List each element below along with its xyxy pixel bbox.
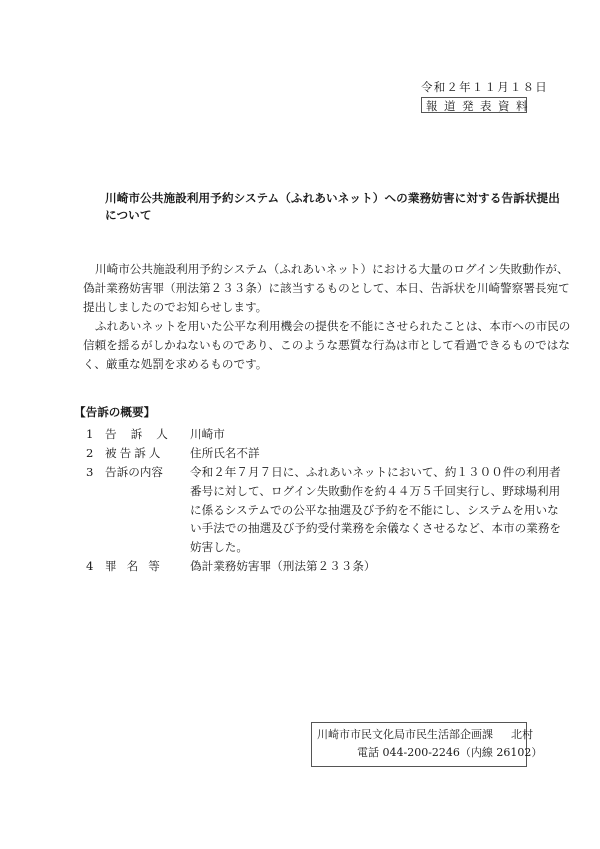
item-value: 妨害した。 bbox=[190, 538, 248, 557]
item-label: 告訴人 bbox=[105, 425, 182, 444]
press-release-label: 報道発表資料 bbox=[421, 97, 527, 113]
body-line: く、厳重な処罰を求めるものです。 bbox=[83, 355, 531, 374]
body-line: 提出しましたのでお知らせします。 bbox=[83, 298, 531, 317]
item-label: 告訴の内容 bbox=[105, 463, 163, 482]
item-value: い手法での抽選及び予約受付業務を余儀なくさせるなど、本市の業務を bbox=[190, 519, 561, 538]
title-line-2: について bbox=[105, 207, 560, 224]
body-line: ふれあいネットを用いた公平な利用機会の提供を不能にさせられたことは、本市への市民… bbox=[83, 317, 531, 336]
item-label: 罪名等 bbox=[105, 557, 170, 576]
title-line-1: 川崎市公共施設利用予約システム（ふれあいネット）への業務妨害に対する告訴状提出 bbox=[105, 190, 560, 207]
paragraph-1: 川崎市公共施設利用予約システム（ふれあいネット）における大量のログイン失敗動作が… bbox=[83, 260, 531, 317]
item-number: 4 bbox=[86, 557, 93, 576]
release-date: 令和２年１１月１８日 bbox=[421, 79, 548, 95]
body-line: 信頼を揺るがしかねないものであり、このような悪質な行為は市として看過できるもので… bbox=[83, 336, 531, 355]
item-value: 番号に対して、ログイン失敗動作を約４４万５千回実行し、野球場利用 bbox=[190, 482, 560, 501]
paragraph-2: ふれあいネットを用いた公平な利用機会の提供を不能にさせられたことは、本市への市民… bbox=[83, 317, 531, 374]
item-number: 1 bbox=[86, 425, 93, 444]
item-value: 川崎市 bbox=[190, 425, 225, 444]
item-value: 住所氏名不詳 bbox=[190, 444, 260, 463]
item-value: 令和２年７月７日に、ふれあいネットにおいて、約１３００件の利用者 bbox=[190, 463, 561, 482]
item-value: に係るシステムでの公平な抽選及び予約を不能にし、システムを用いな bbox=[190, 501, 559, 520]
item-number: 2 bbox=[86, 444, 93, 463]
body-line: 川崎市公共施設利用予約システム（ふれあいネット）における大量のログイン失敗動作が… bbox=[83, 260, 531, 279]
summary-heading: 【告訴の概要】 bbox=[74, 404, 155, 420]
contact-department: 川崎市市民文化局市民生活部企画課 bbox=[317, 728, 493, 741]
body-text: 川崎市公共施設利用予約システム（ふれあいネット）における大量のログイン失敗動作が… bbox=[83, 260, 531, 374]
item-label: 被告訴人 bbox=[105, 444, 163, 463]
contact-line-1: 川崎市市民文化局市民生活部企画課北村 bbox=[317, 726, 526, 744]
item-number: 3 bbox=[86, 463, 93, 482]
contact-box: 川崎市市民文化局市民生活部企画課北村 電話 044-200-2246（内線 26… bbox=[311, 722, 527, 767]
body-line: 偽計業務妨害罪（刑法第２３３条）に該当するものとして、本日、告訴状を川崎警察署長… bbox=[83, 279, 531, 298]
item-value: 偽計業務妨害罪（刑法第２３３条） bbox=[190, 557, 376, 576]
contact-person: 北村 bbox=[511, 728, 533, 741]
contact-phone: 電話 044-200-2246（内線 26102） bbox=[317, 744, 526, 762]
document-title: 川崎市公共施設利用予約システム（ふれあいネット）への業務妨害に対する告訴状提出 … bbox=[105, 190, 560, 224]
